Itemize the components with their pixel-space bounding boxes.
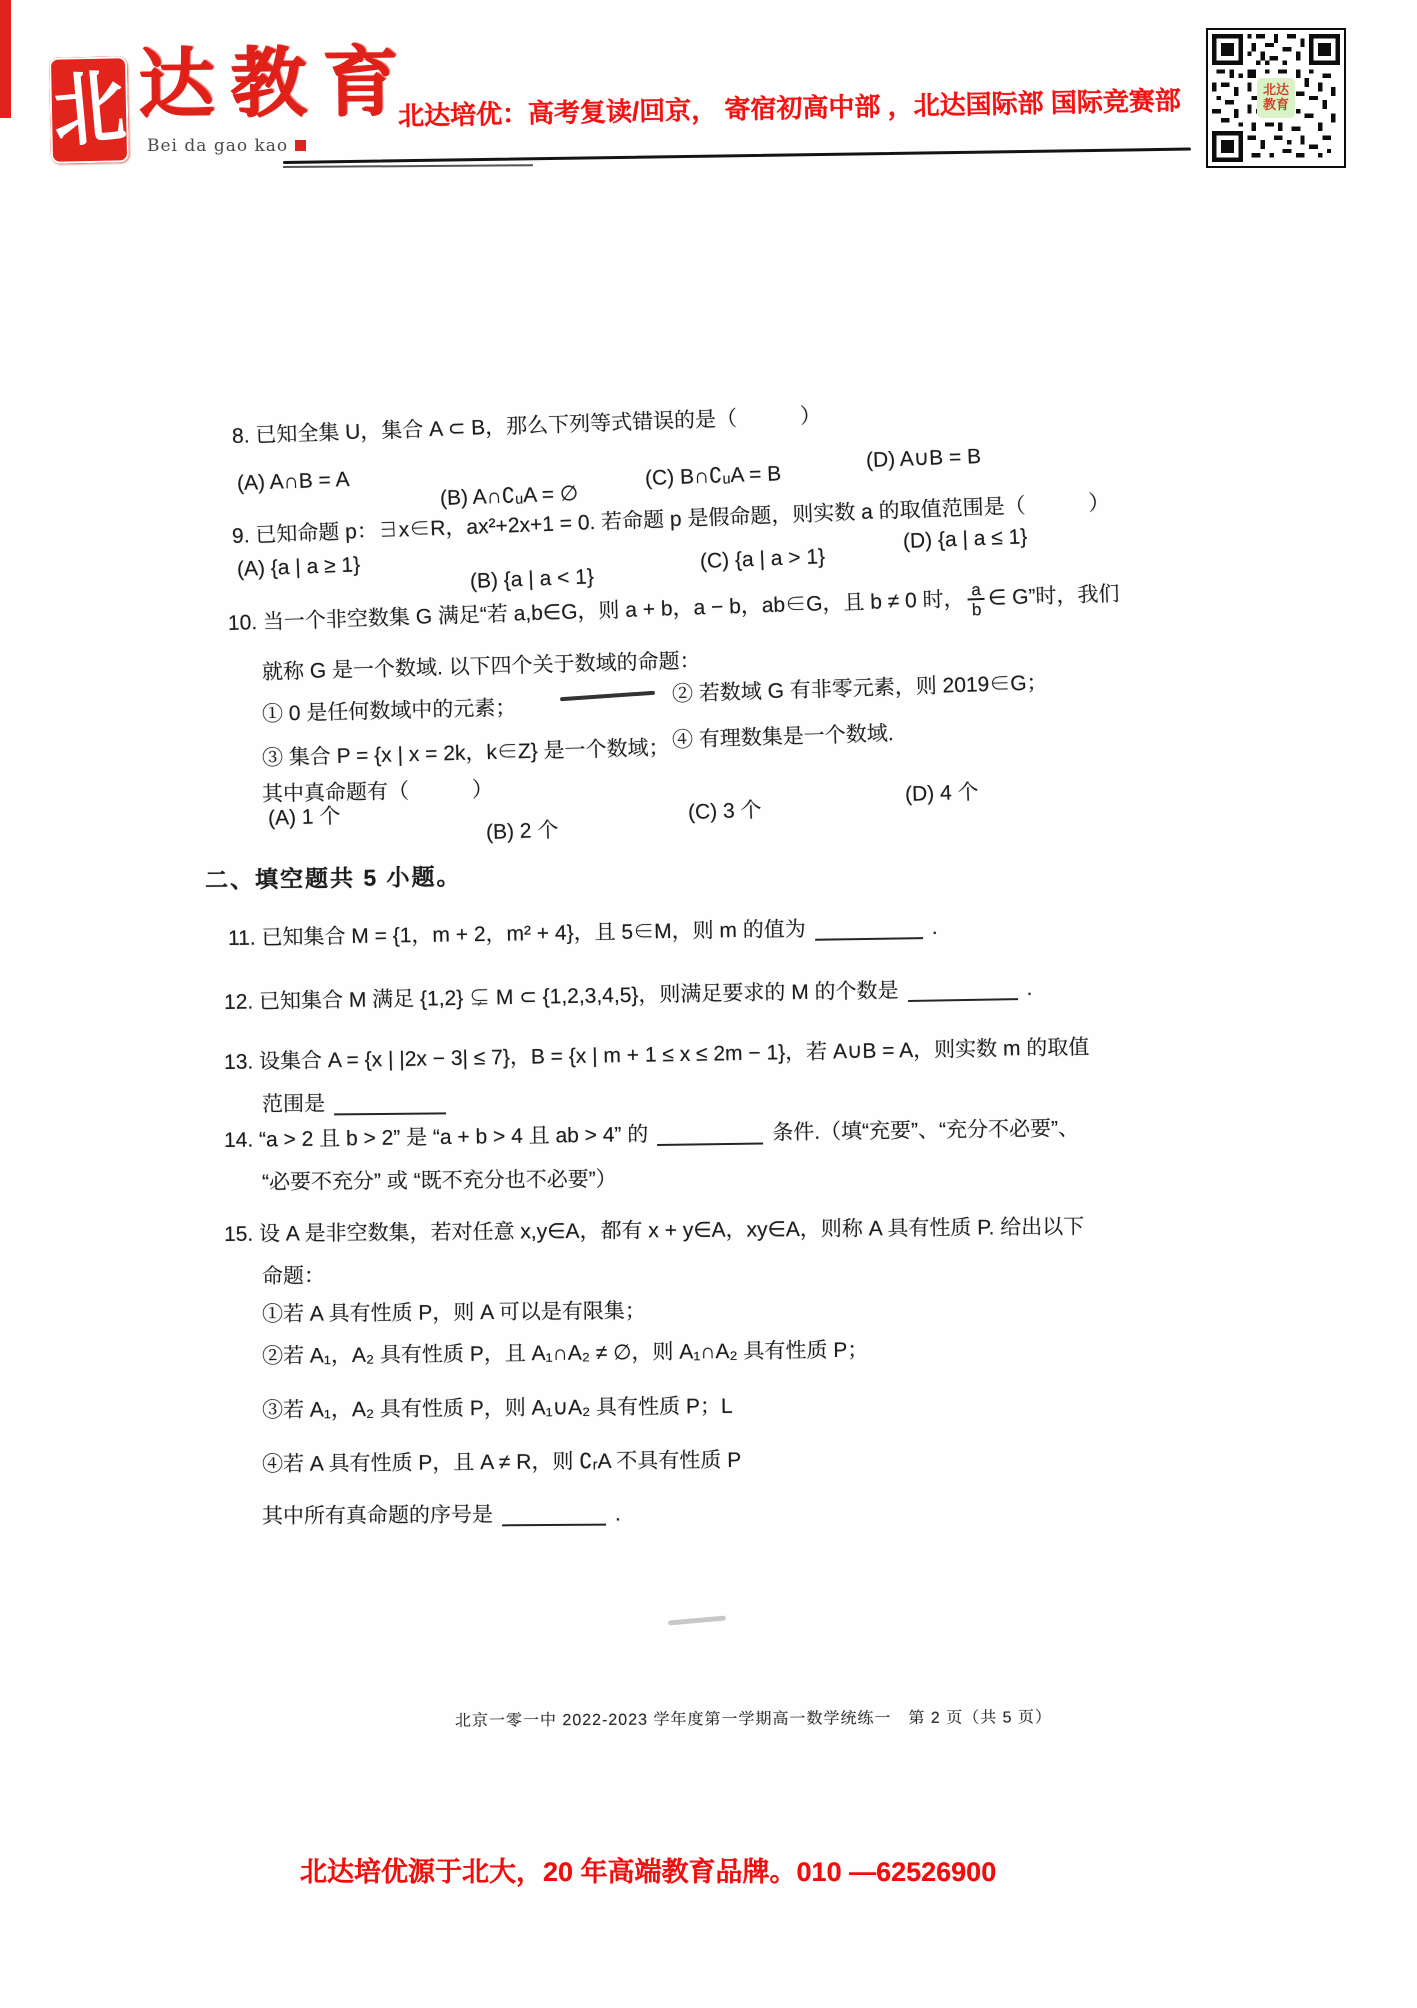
qr-code: 北达 教育 bbox=[1206, 28, 1346, 168]
question-14-answer-blank bbox=[657, 1142, 763, 1145]
question-10-item-2: ② 若数域 G 有非零元素，则 2019∈G； bbox=[672, 666, 1048, 708]
question-11: 11. 已知集合 M = {1，m + 2，m² + 4}，且 5∈M，则 m … bbox=[228, 911, 938, 952]
question-15-item-1: ①若 A 具有性质 P，则 A 可以是有限集； bbox=[262, 1295, 646, 1328]
question-13-answer-blank bbox=[334, 1112, 446, 1115]
pen-underline-mark bbox=[560, 691, 655, 702]
question-10-stem-line1: 10. 当一个非空数集 G 满足“若 a,b∈G，则 a + b，a − b，a… bbox=[227, 576, 1120, 643]
question-15-item-3: ③若 A₁，A₂ 具有性质 P，则 A₁∪A₂ 具有性质 P；L bbox=[262, 1390, 733, 1424]
question-14-line2: “必要不充分” 或 “既不充分也不必要”） bbox=[262, 1163, 617, 1196]
left-red-edge-mark bbox=[0, 0, 11, 118]
question-15-line2: 命题： bbox=[262, 1260, 325, 1290]
question-8-option-c: (C) B∩∁ᵤA = B bbox=[645, 461, 782, 491]
question-11-period: . bbox=[932, 916, 938, 939]
question-8-option-a: (A) A∩B = A bbox=[237, 468, 350, 496]
question-10-item-4: ④ 有理数集是一个数域. bbox=[672, 717, 895, 754]
question-10-option-a: (A) 1 个 bbox=[268, 800, 341, 832]
question-11-text: 11. 已知集合 M = {1，m + 2，m² + 4}，且 5∈M，则 m … bbox=[228, 918, 806, 950]
question-15-item-2: ②若 A₁，A₂ 具有性质 P，且 A₁∩A₂ ≠ ∅，则 A₁∩A₂ 具有性质… bbox=[262, 1334, 869, 1370]
question-9-option-d: (D) {a | a ≤ 1} bbox=[903, 525, 1028, 554]
qr-center-label: 北达 教育 bbox=[1257, 78, 1295, 118]
question-9-option-b: (B) {a | a < 1} bbox=[470, 565, 595, 594]
red-square-icon bbox=[295, 140, 306, 151]
question-15-tail: 其中所有真命题的序号是. bbox=[262, 1497, 621, 1530]
fraction-a-over-b: ab bbox=[967, 581, 986, 619]
question-9-option-a: (A) {a | a ≥ 1} bbox=[237, 553, 361, 582]
section-2-title: 二、填空题共 5 小题。 bbox=[205, 858, 462, 895]
question-10-stem-part1: 10. 当一个非空数集 G 满足“若 a,b∈G，则 a + b，a − b，a… bbox=[228, 588, 965, 635]
scanned-exam-page: 北 达教育 Bei da gao kao 北达培优：高考复读/回京， 寄宿初高中… bbox=[0, 0, 1417, 2008]
question-11-answer-blank bbox=[815, 937, 923, 941]
seal-character: 北 bbox=[49, 67, 128, 154]
brand-subtitle-text: Bei da gao kao bbox=[147, 136, 288, 156]
brand-subtitle: Bei da gao kao bbox=[147, 136, 306, 156]
brand-name-calligraphy: 达教育 bbox=[138, 45, 415, 124]
question-12: 12. 已知集合 M 满足 {1,2} ⊊ M ⊂ {1,2,3,4,5}，则满… bbox=[224, 972, 1033, 1016]
question-10-stem-line2: 就称 G 是一个数域. 以下四个关于数域的命题： bbox=[262, 645, 701, 686]
question-15-answer-blank bbox=[502, 1524, 606, 1527]
question-12-period: . bbox=[1026, 977, 1032, 1000]
question-13-line2-text: 范围是 bbox=[262, 1092, 325, 1116]
question-15-tail-text: 其中所有真命题的序号是 bbox=[262, 1503, 493, 1528]
header-rule-line bbox=[283, 148, 1191, 164]
question-15-line1: 15. 设 A 是非空数集，若对任意 x,y∈A，都有 x + y∈A，xy∈A… bbox=[224, 1210, 1084, 1248]
fraction-denominator: b bbox=[968, 600, 986, 619]
question-15-period: . bbox=[615, 1502, 621, 1525]
question-13-line1: 13. 设集合 A = {x | |2x − 3| ≤ 7}，B = {x | … bbox=[224, 1031, 1090, 1076]
question-15-item-4: ④若 A 具有性质 P，且 A ≠ R，则 ∁ᵣA 不具有性质 P bbox=[262, 1444, 741, 1478]
question-9-option-c: (C) {a | a > 1} bbox=[700, 545, 826, 574]
fraction-numerator: a bbox=[967, 581, 985, 601]
qr-label-line2: 教育 bbox=[1263, 98, 1289, 113]
header-rule-line-echo bbox=[283, 164, 533, 168]
scan-smudge-mark bbox=[668, 1615, 726, 1625]
question-12-answer-blank bbox=[908, 998, 1018, 1002]
question-14-text-pre: 14. “a > 2 且 b > 2” 是 “a + b > 4 且 ab > … bbox=[224, 1123, 649, 1152]
question-12-text: 12. 已知集合 M 满足 {1,2} ⊊ M ⊂ {1,2,3,4,5}，则满… bbox=[224, 979, 899, 1014]
header-tagline: 北达培优：高考复读/回京， 寄宿初高中部 ，北达国际部 国际竞赛部 bbox=[398, 80, 1189, 133]
question-8-stem: 8. 已知全集 U，集合 A ⊂ B，那么下列等式错误的是（ ） bbox=[231, 399, 821, 450]
question-10-stem-part2: ∈ G”时，我们 bbox=[988, 582, 1120, 609]
question-10-option-c: (C) 3 个 bbox=[688, 794, 762, 826]
beida-logo-seal: 北 bbox=[49, 56, 129, 164]
question-10-item-1: ① 0 是任何数域中的元素； bbox=[262, 691, 517, 728]
footer-slogan: 北达培优源于北大，20 年高端教育品牌。010 —62526900 bbox=[300, 1850, 996, 1889]
question-10-item-3: ③ 集合 P = {x | x = 2k，k∈Z} 是一个数域； bbox=[262, 731, 670, 772]
question-14-text-mid: 条件.（填“充要”、“充分不必要”、 bbox=[772, 1117, 1079, 1144]
qr-label-line1: 北达 bbox=[1263, 83, 1289, 98]
question-10-option-d: (D) 4 个 bbox=[905, 776, 979, 808]
page-footer-info: 北京一零一中 2022-2023 学年度第一学期高一数学统练一 第 2 页（共 … bbox=[455, 1704, 1052, 1731]
question-14-line1: 14. “a > 2 且 b > 2” 是 “a + b > 4 且 ab > … bbox=[224, 1112, 1079, 1154]
question-10-option-b: (B) 2 个 bbox=[486, 814, 559, 846]
question-13-line2: 范围是 bbox=[262, 1086, 455, 1118]
question-8-option-d: (D) A∪B = B bbox=[866, 444, 982, 473]
